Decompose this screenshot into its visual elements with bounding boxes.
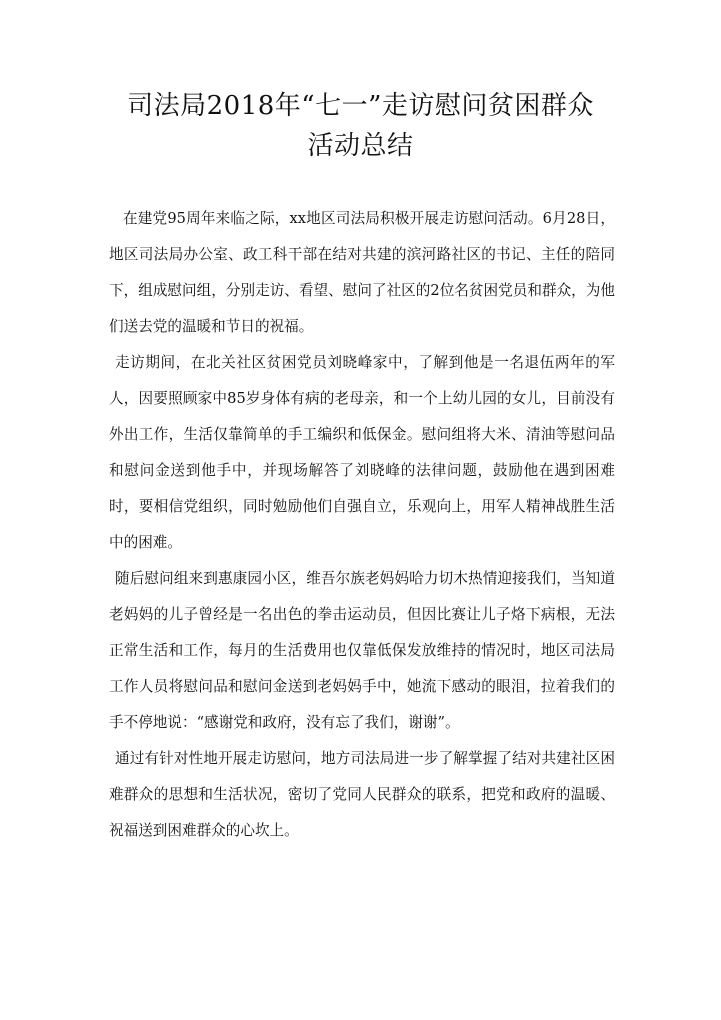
paragraph-visit-liu: 走访期间，在北关社区贫困党员刘晓峰家中，了解到他是一名退伍两年的军人，因要照顾家… — [109, 345, 615, 561]
document-title: 司法局2018年“七一”走访慰问贫困群众 活动总结 — [90, 86, 631, 166]
paragraph-conclusion: 通过有针对性地开展走访慰问，地方司法局进一步了解掌握了结对共建社区困难群众的思想… — [109, 741, 615, 849]
title-line-1: 司法局2018年“七一”走访慰问贫困群众 — [90, 86, 631, 126]
paragraph-visit-huikang: 随后慰问组来到惠康园小区，维吾尔族老妈妈哈力切木热情迎接我们，当知道老妈妈的儿子… — [109, 561, 615, 741]
document-page: 司法局2018年“七一”走访慰问贫困群众 活动总结 在建党95周年来临之际，xx… — [0, 0, 721, 1020]
paragraph-intro: 在建党95周年来临之际，xx地区司法局积极开展走访慰问活动。6月28日，地区司法… — [109, 201, 615, 345]
title-line-2: 活动总结 — [90, 126, 631, 166]
document-body: 在建党95周年来临之际，xx地区司法局积极开展走访慰问活动。6月28日，地区司法… — [109, 201, 615, 849]
